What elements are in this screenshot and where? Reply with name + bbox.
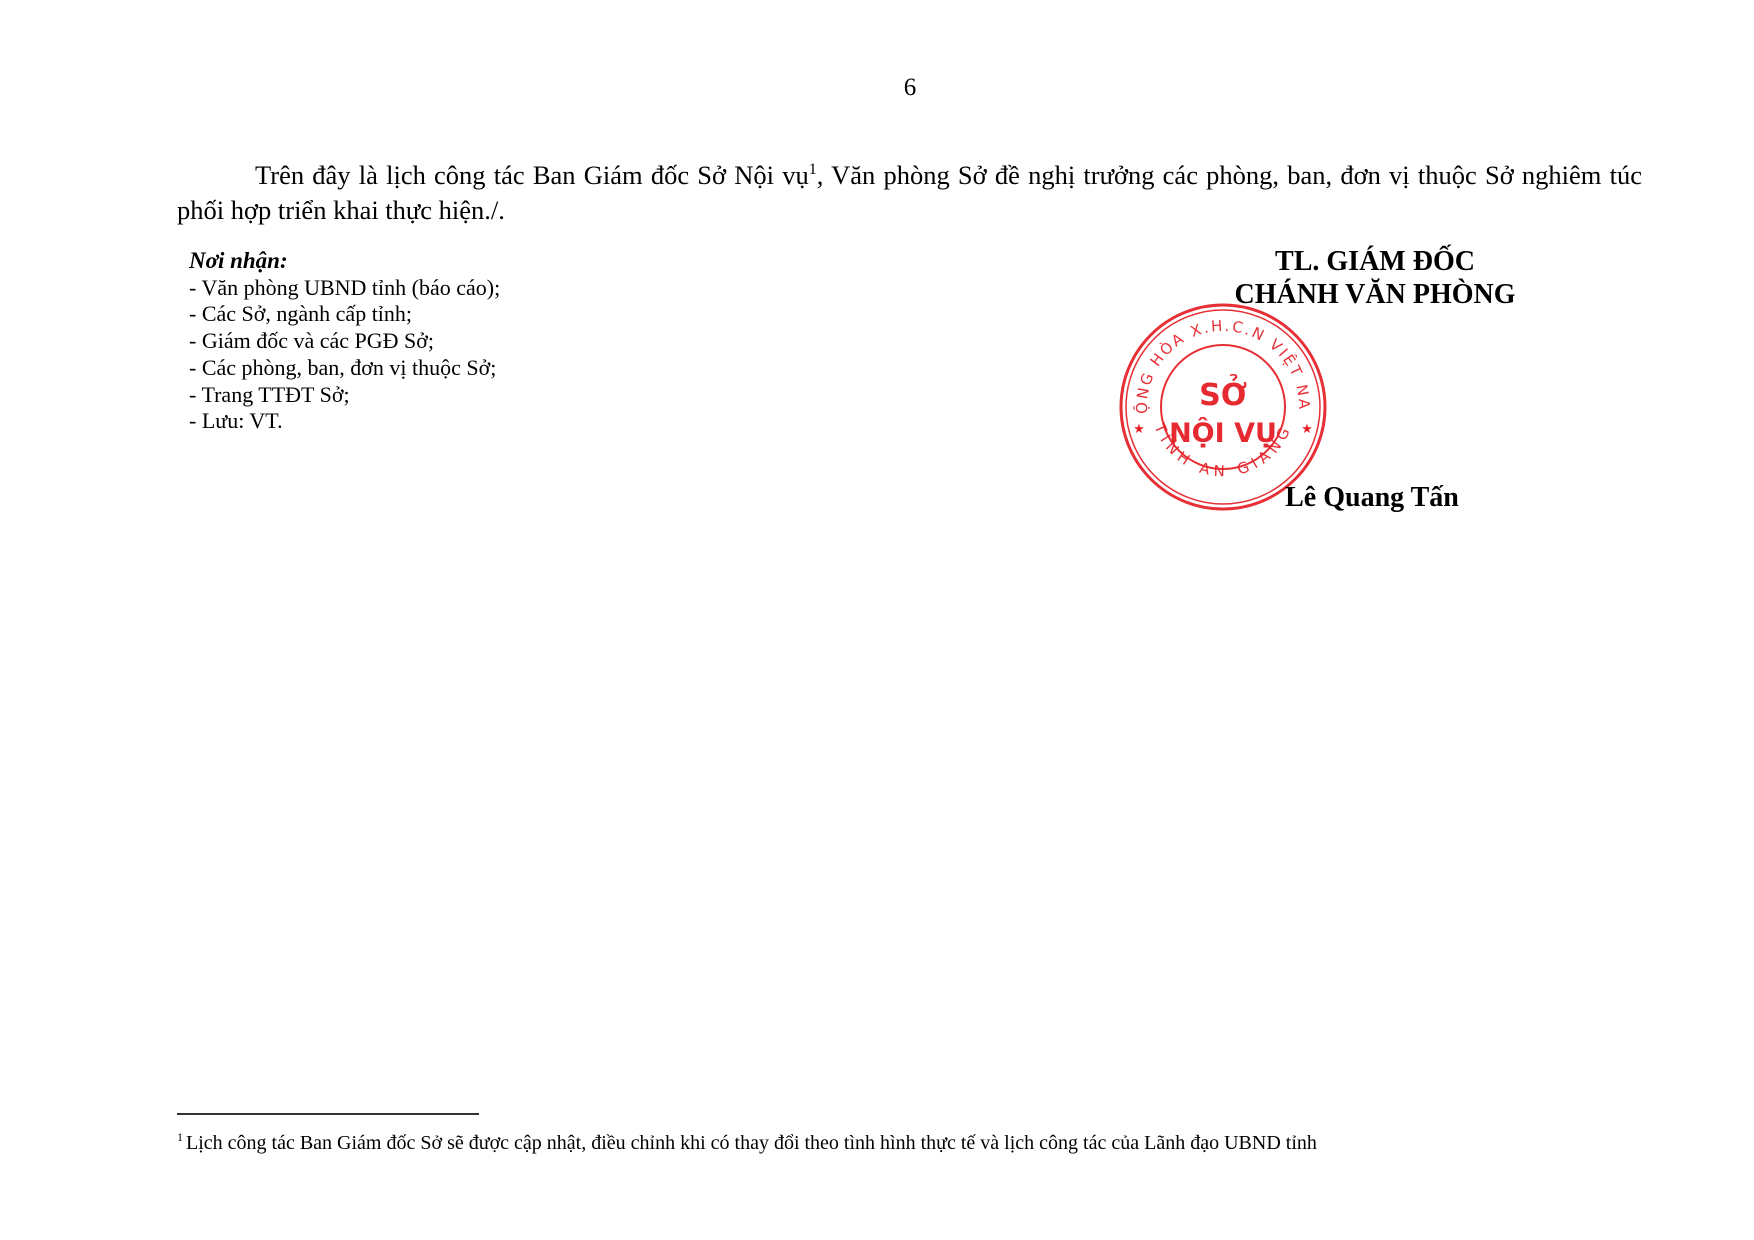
recipient-item: Giám đốc và các PGĐ Sở; [189, 328, 500, 355]
recipient-item: Văn phòng UBND tỉnh (báo cáo); [189, 275, 500, 302]
recipient-item: Lưu: VT. [189, 408, 500, 435]
recipient-item: Các phòng, ban, đơn vị thuộc Sở; [189, 355, 500, 382]
footnote-reference: 1 [809, 161, 817, 178]
stamp-center-text-1: SỞ [1199, 373, 1247, 413]
footnote-separator [177, 1113, 479, 1115]
recipients-block: Nơi nhận: Văn phòng UBND tỉnh (báo cáo);… [189, 248, 500, 435]
signature-authority-line: TL. GIÁM ĐỐC [1175, 245, 1575, 278]
page-number: 6 [0, 74, 1754, 102]
recipients-title: Nơi nhận: [189, 248, 500, 275]
star-icon: ★ [1301, 422, 1313, 437]
recipient-item: Các Sở, ngành cấp tỉnh; [189, 301, 500, 328]
signer-name: Lê Quang Tấn [1172, 481, 1572, 515]
recipient-item: Trang TTĐT Sở; [189, 382, 500, 409]
closing-paragraph-text-1: Trên đây là lịch công tác Ban Giám đốc S… [255, 160, 809, 190]
footnote-marker: 1 [177, 1130, 183, 1144]
recipients-list: Văn phòng UBND tỉnh (báo cáo); Các Sở, n… [189, 275, 500, 435]
stamp-center-text-2: NỘI VỤ [1169, 417, 1277, 449]
closing-paragraph: Trên đây là lịch công tác Ban Giám đốc S… [177, 158, 1642, 228]
footnote-text: Lịch công tác Ban Giám đốc Sở sẽ được cậ… [186, 1132, 1317, 1154]
star-icon: ★ [1133, 422, 1145, 437]
footnote: 1Lịch công tác Ban Giám đốc Sở sẽ được c… [177, 1131, 1317, 1155]
